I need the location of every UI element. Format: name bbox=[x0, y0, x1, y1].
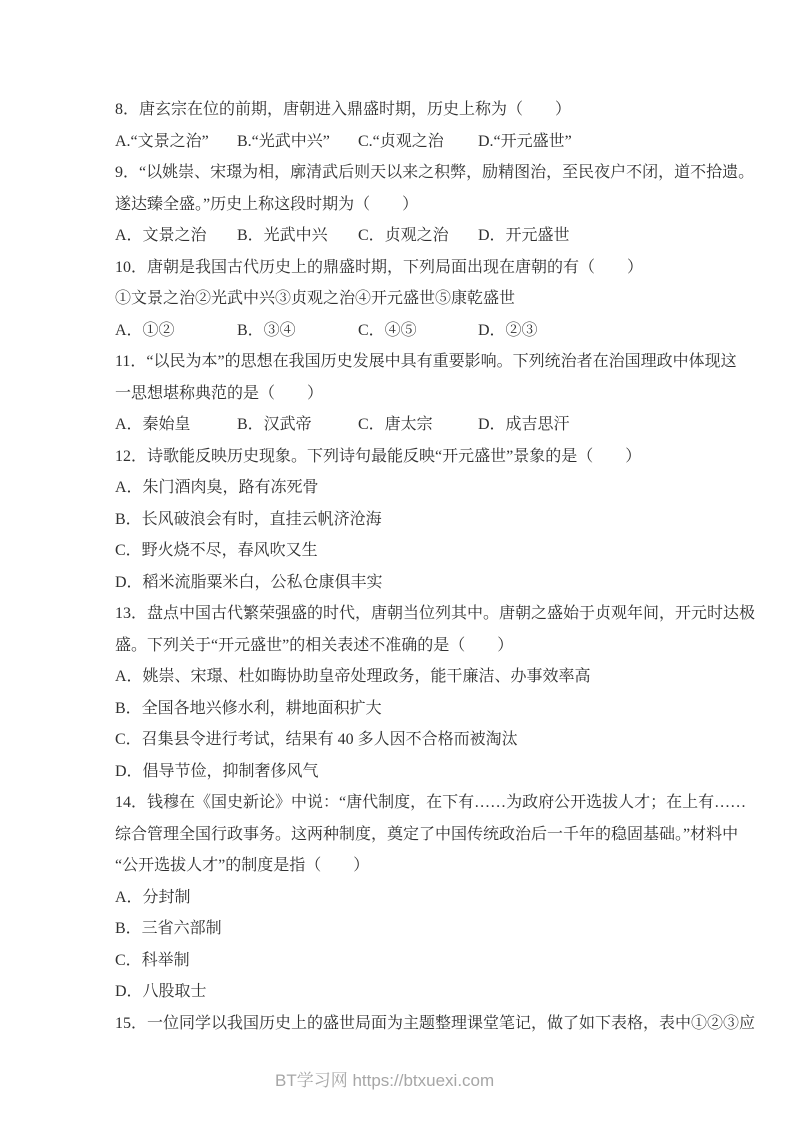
question-stem-line: 一思想堪称典范的是（ ） bbox=[115, 378, 725, 410]
option-cell-C: C．贞观之治 bbox=[358, 220, 449, 252]
question-stem-line: 15．一位同学以我国历史上的盛世局面为主题整理课堂笔记，做了如下表格，表中①②③… bbox=[115, 1008, 725, 1040]
options-row: A．文景之治B．光武中兴C．贞观之治D．开元盛世 bbox=[115, 220, 725, 252]
option-line: B．长风破浪会有时，直挂云帆济沧海 bbox=[115, 504, 725, 536]
option-line: D．稻米流脂粟米白，公私仓康俱丰实 bbox=[115, 567, 725, 599]
question-stem-line: 8．唐玄宗在位的前期，唐朝进入鼎盛时期，历史上称为（ ） bbox=[115, 94, 725, 126]
question-13: 13．盘点中国古代繁荣强盛的时代，唐朝当位列其中。唐朝之盛始于贞观年间，开元时达… bbox=[115, 598, 725, 787]
option-cell-A: A．文景之治 bbox=[115, 220, 207, 252]
question-stem-line: 10．唐朝是我国古代历史上的鼎盛时期，下列局面出现在唐朝的有（ ） bbox=[115, 252, 725, 284]
options-row: A.“文景之治”B.“光武中兴”C.“贞观之治D.“开元盛世” bbox=[115, 126, 725, 158]
options-row: A．秦始皇B．汉武帝C．唐太宗D．成吉思汗 bbox=[115, 409, 725, 441]
question-9: 9．“以姚崇、宋璟为相，廓清武后则天以来之积弊，励精图治，至民夜户不闭，道不拾遗… bbox=[115, 157, 725, 252]
option-cell-D: D．成吉思汗 bbox=[478, 409, 570, 441]
question-15: 15．一位同学以我国历史上的盛世局面为主题整理课堂笔记，做了如下表格，表中①②③… bbox=[115, 1008, 725, 1040]
option-cell-C: C.“贞观之治 bbox=[358, 126, 444, 158]
question-stem-line: 9．“以姚崇、宋璟为相，廓清武后则天以来之积弊，励精图治，至民夜户不闭，道不拾遗… bbox=[115, 157, 725, 189]
option-cell-B: B．③④ bbox=[237, 315, 296, 347]
exam-page: 8．唐玄宗在位的前期，唐朝进入鼎盛时期，历史上称为（ ）A.“文景之治”B.“光… bbox=[0, 0, 793, 1122]
option-cell-B: B．汉武帝 bbox=[237, 409, 312, 441]
option-line: B．全国各地兴修水利，耕地面积扩大 bbox=[115, 693, 725, 725]
watermark-text: BT学习网 https://btxuexi.com bbox=[275, 1071, 494, 1090]
option-cell-A: A.“文景之治” bbox=[115, 126, 209, 158]
option-cell-B: B.“光武中兴” bbox=[237, 126, 330, 158]
watermark: BT学习网 https://btxuexi.com bbox=[275, 1069, 494, 1093]
option-line: C．召集县令进行考试，结果有 40 多人因不合格而被淘汰 bbox=[115, 724, 725, 756]
option-cell-A: A．秦始皇 bbox=[115, 409, 191, 441]
option-cell-B: B．光武中兴 bbox=[237, 220, 328, 252]
option-line: C．野火烧不尽，春风吹又生 bbox=[115, 535, 725, 567]
question-10: 10．唐朝是我国古代历史上的鼎盛时期，下列局面出现在唐朝的有（ ）①文景之治②光… bbox=[115, 252, 725, 347]
question-12: 12．诗歌能反映历史现象。下列诗句最能反映“开元盛世”景象的是（ ）A．朱门酒肉… bbox=[115, 441, 725, 599]
options-row: A．①②B．③④C．④⑤D．②③ bbox=[115, 315, 725, 347]
option-line: B．三省六部制 bbox=[115, 913, 725, 945]
option-cell-D: D．开元盛世 bbox=[478, 220, 570, 252]
question-stem-line: 11．“以民为本”的思想在我国历史发展中具有重要影响。下列统治者在治国理政中体现… bbox=[115, 346, 725, 378]
question-stem-line: 综合管理全国行政事务。这两种制度，奠定了中国传统政治后一千年的稳固基础。”材料中 bbox=[115, 819, 725, 851]
option-line: C．科举制 bbox=[115, 945, 725, 977]
question-14: 14．钱穆在《国史新论》中说：“唐代制度，在下有……为政府公开选拔人才；在上有…… bbox=[115, 787, 725, 1008]
question-stem-line: 盛。下列关于“开元盛世”的相关表述不准确的是（ ） bbox=[115, 630, 725, 662]
option-cell-D: D.“开元盛世” bbox=[478, 126, 572, 158]
option-cell-D: D．②③ bbox=[478, 315, 538, 347]
question-stem-line: 14．钱穆在《国史新论》中说：“唐代制度，在下有……为政府公开选拔人才；在上有…… bbox=[115, 787, 725, 819]
option-cell-C: C．④⑤ bbox=[358, 315, 417, 347]
option-items-line: ①文景之治②光武中兴③贞观之治④开元盛世⑤康乾盛世 bbox=[115, 283, 725, 315]
option-line: A．姚崇、宋璟、杜如晦协助皇帝处理政务，能干廉洁、办事效率高 bbox=[115, 661, 725, 693]
question-stem-line: 12．诗歌能反映历史现象。下列诗句最能反映“开元盛世”景象的是（ ） bbox=[115, 441, 725, 473]
option-line: D．倡导节俭，抑制奢侈风气 bbox=[115, 756, 725, 788]
option-line: D．八股取士 bbox=[115, 976, 725, 1008]
option-line: A．朱门酒肉臭，路有冻死骨 bbox=[115, 472, 725, 504]
question-stem-line: “公开选拔人才”的制度是指（ ） bbox=[115, 850, 725, 882]
question-11: 11．“以民为本”的思想在我国历史发展中具有重要影响。下列统治者在治国理政中体现… bbox=[115, 346, 725, 441]
question-8: 8．唐玄宗在位的前期，唐朝进入鼎盛时期，历史上称为（ ）A.“文景之治”B.“光… bbox=[115, 94, 725, 157]
question-stem-line: 13．盘点中国古代繁荣强盛的时代，唐朝当位列其中。唐朝之盛始于贞观年间，开元时达… bbox=[115, 598, 725, 630]
option-line: A．分封制 bbox=[115, 882, 725, 914]
question-stem-line: 遂达臻全盛。”历史上称这段时期为（ ） bbox=[115, 189, 725, 221]
question-list: 8．唐玄宗在位的前期，唐朝进入鼎盛时期，历史上称为（ ）A.“文景之治”B.“光… bbox=[115, 94, 725, 1039]
option-cell-A: A．①② bbox=[115, 315, 175, 347]
option-cell-C: C．唐太宗 bbox=[358, 409, 433, 441]
